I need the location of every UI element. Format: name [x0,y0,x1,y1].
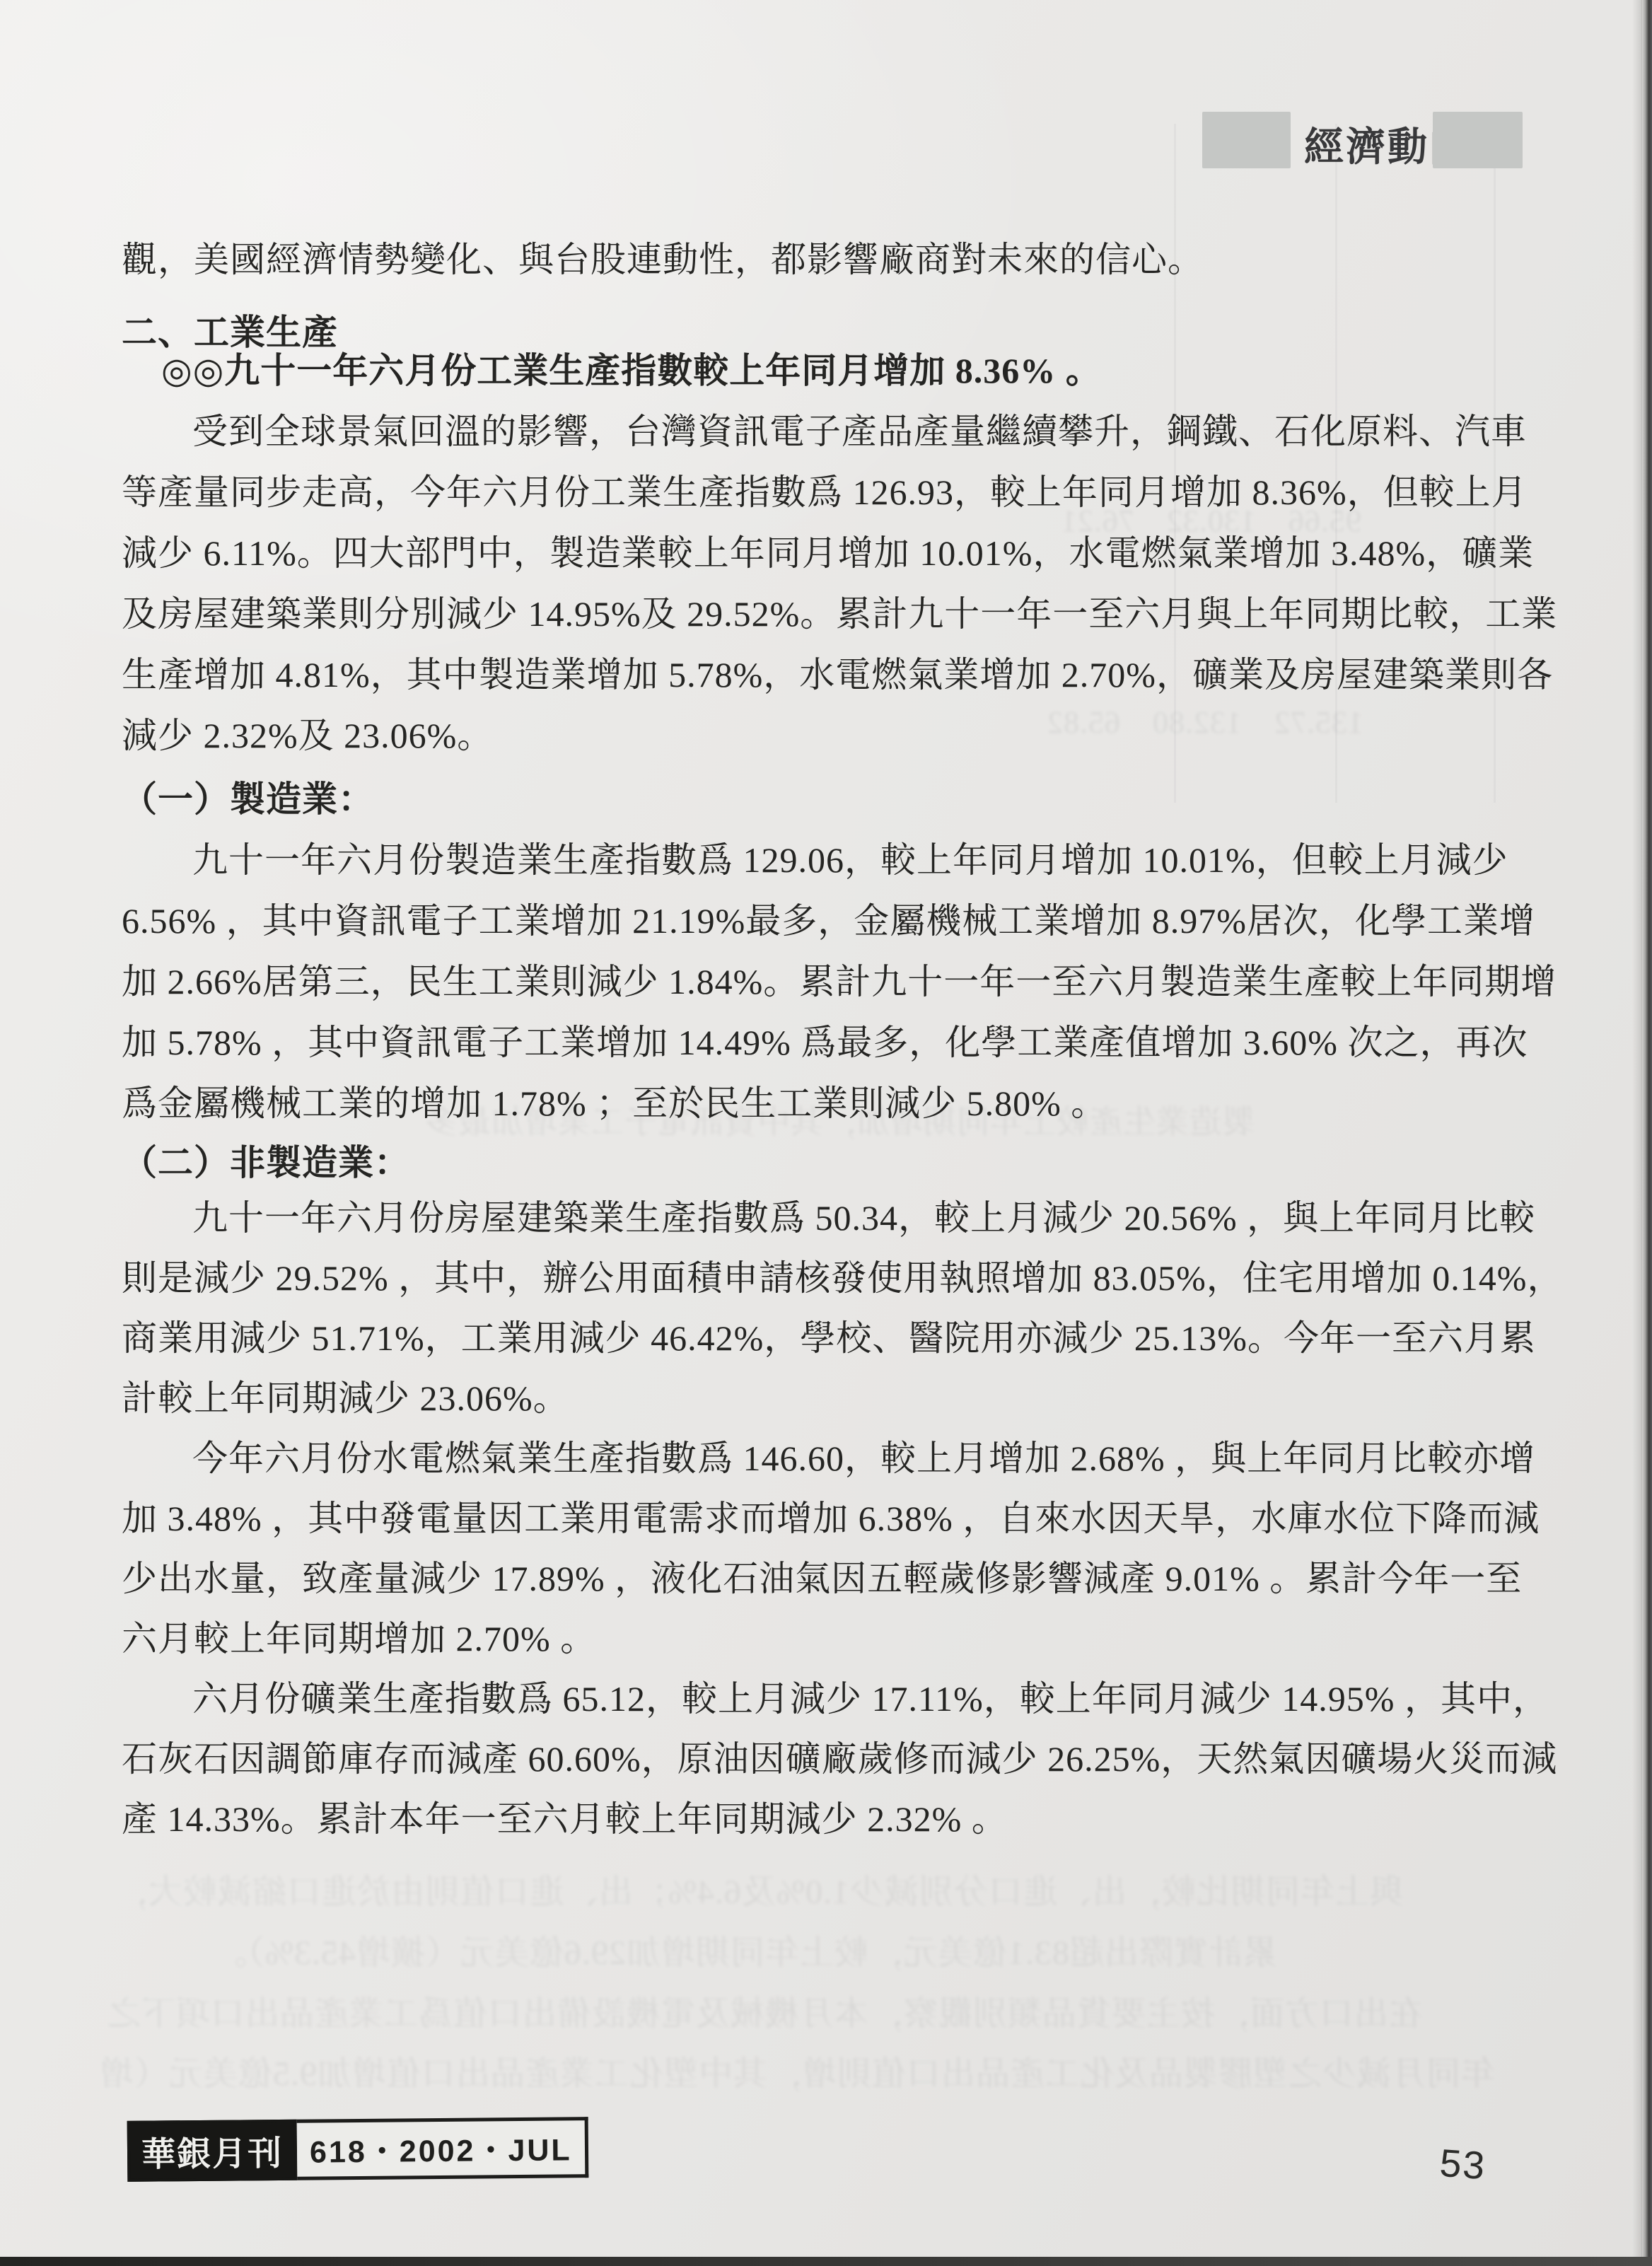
header-decoration-right-box [1433,112,1523,168]
text-line: 石灰石因調節庫存而減產 60.60%，原油因礦廠歲修而減少 26.25%，天然氣… [122,1731,1557,1782]
text-line: 計較上年同期減少 23.06%。 [122,1370,569,1421]
text-line: 加 3.48% ，其中發電量因工業用電需求而增加 6.38% ，自來水因天旱，水… [122,1490,1540,1541]
bleedthrough-text: 在出口方面，按主要貨品類別觀察，本月機械及電機設備出口值爲工業產品出口項下之 [106,1986,1423,2035]
bleedthrough-grid-line [1174,124,1176,803]
bleedthrough-grid-line [1335,124,1337,803]
page-header-title: 經濟動向 [1304,116,1429,173]
bleedthrough-text: 年同月減少之塑膠製品及化工產品出口值則增，其中塑化工業產品出口值增加9.5億美元… [99,2046,1495,2095]
journal-name: 華銀月刊 [127,2120,298,2182]
text-line: （一）製造業： [122,771,374,822]
text-line: 加 2.66%居第三，民生工業則減少 1.84%。累計九十一年一至六月製造業生產… [122,953,1557,1004]
text-line: （二）非製造業： [122,1134,410,1185]
text-line: 減少 2.32%及 23.06%。 [122,707,493,758]
text-line: ◎◎九十一年六月份工業生產指數較上年同月增加 8.36% 。 [161,342,1102,393]
page-number: 53 [1438,2140,1487,2188]
header-decoration-left-box [1202,112,1291,168]
scan-canvas: { "header": { "title": "經濟動向" }, "body":… [0,0,1652,2266]
text-line: 九十一年六月份房屋建築業生產指數爲 50.34，較上月減少 20.56% ，與上… [192,1190,1535,1241]
text-line: 等產量同步走高，今年六月份工業生產指數爲 126.93，較上年同月增加 8.36… [122,464,1528,515]
text-line: 九十一年六月份製造業生產指數爲 129.06，較上年同月增加 10.01%，但較… [192,832,1508,883]
bleedthrough-text: 累計實際出超83.1億美元，較上年同期增加29.6億美元（擴增45.3%）。 [212,1925,1277,1974]
scan-edge-bottom [0,2257,1652,2266]
bleedthrough-text: 135.72 132.80 65.82 [1047,697,1363,742]
bleedthrough-text: 與上年同期比較，出、進口分別減少1.0%及6.4%；出、進口值則由於進口縮減較大… [113,1864,1404,1913]
text-line: 六月份礦業生產指數爲 65.12，較上月減少 17.11%，較上年同月減少 14… [192,1671,1549,1721]
text-line: 6.56% ，其中資訊電子工業增加 21.19%最多，金屬機械工業增加 8.97… [122,893,1535,943]
scan-edge-right [1641,0,1652,2266]
text-line: 生產增加 4.81%，其中製造業增加 5.78%，水電燃氣業增加 2.70%，礦… [122,646,1553,697]
journal-issue: 618・2002・JUL [297,2117,588,2180]
text-line: 及房屋建築業則分別減少 14.95%及 29.52%。累計九十一年一至六月與上年… [122,586,1557,637]
text-line: 觀，美國經濟情勢變化、與台股連動性，都影響廠商對未來的信心。 [122,231,1204,282]
text-line: 則是減少 29.52% ，其中，辦公用面積申請核發使用執照增加 83.05%，住… [122,1250,1563,1301]
text-line: 減少 6.11%。四大部門中，製造業較上年同月增加 10.01%，水電燃氣業增加… [122,525,1534,576]
text-line: 商業用減少 51.71%，工業用減少 46.42%，學校、醫院用亦減少 25.1… [122,1310,1536,1361]
text-line: 少出水量，致產量減少 17.89% ，液化石油氣因五輕歲修影響減產 9.01% … [122,1550,1522,1601]
text-line: 六月較上年同期增加 2.70% 。 [122,1610,596,1661]
text-line: 今年六月份水電燃氣業生產指數爲 146.60，較上月增加 2.68% ，與上年同… [192,1430,1535,1481]
bleedthrough-grid-line [1494,124,1496,803]
scanned-page: 95.66 130.32 76.21135.72 132.80 65.82製造業… [0,0,1652,2266]
text-line: 受到全球景氣回溫的影響，台灣資訊電子產品產量繼續攀升，鋼鐵、石化原料、汽車 [192,403,1527,454]
text-line: 爲金屬機械工業的增加 1.78% ；至於民生工業則減少 5.80% 。 [122,1075,1107,1126]
text-line: 加 5.78% ，其中資訊電子工業增加 14.49% 爲最多，化學工業產值增加 … [122,1014,1528,1065]
text-line: 產 14.33%。累計本年一至六月較上年同期減少 2.32% 。 [122,1791,1008,1842]
journal-footer: 華銀月刊 618・2002・JUL [127,2117,588,2182]
